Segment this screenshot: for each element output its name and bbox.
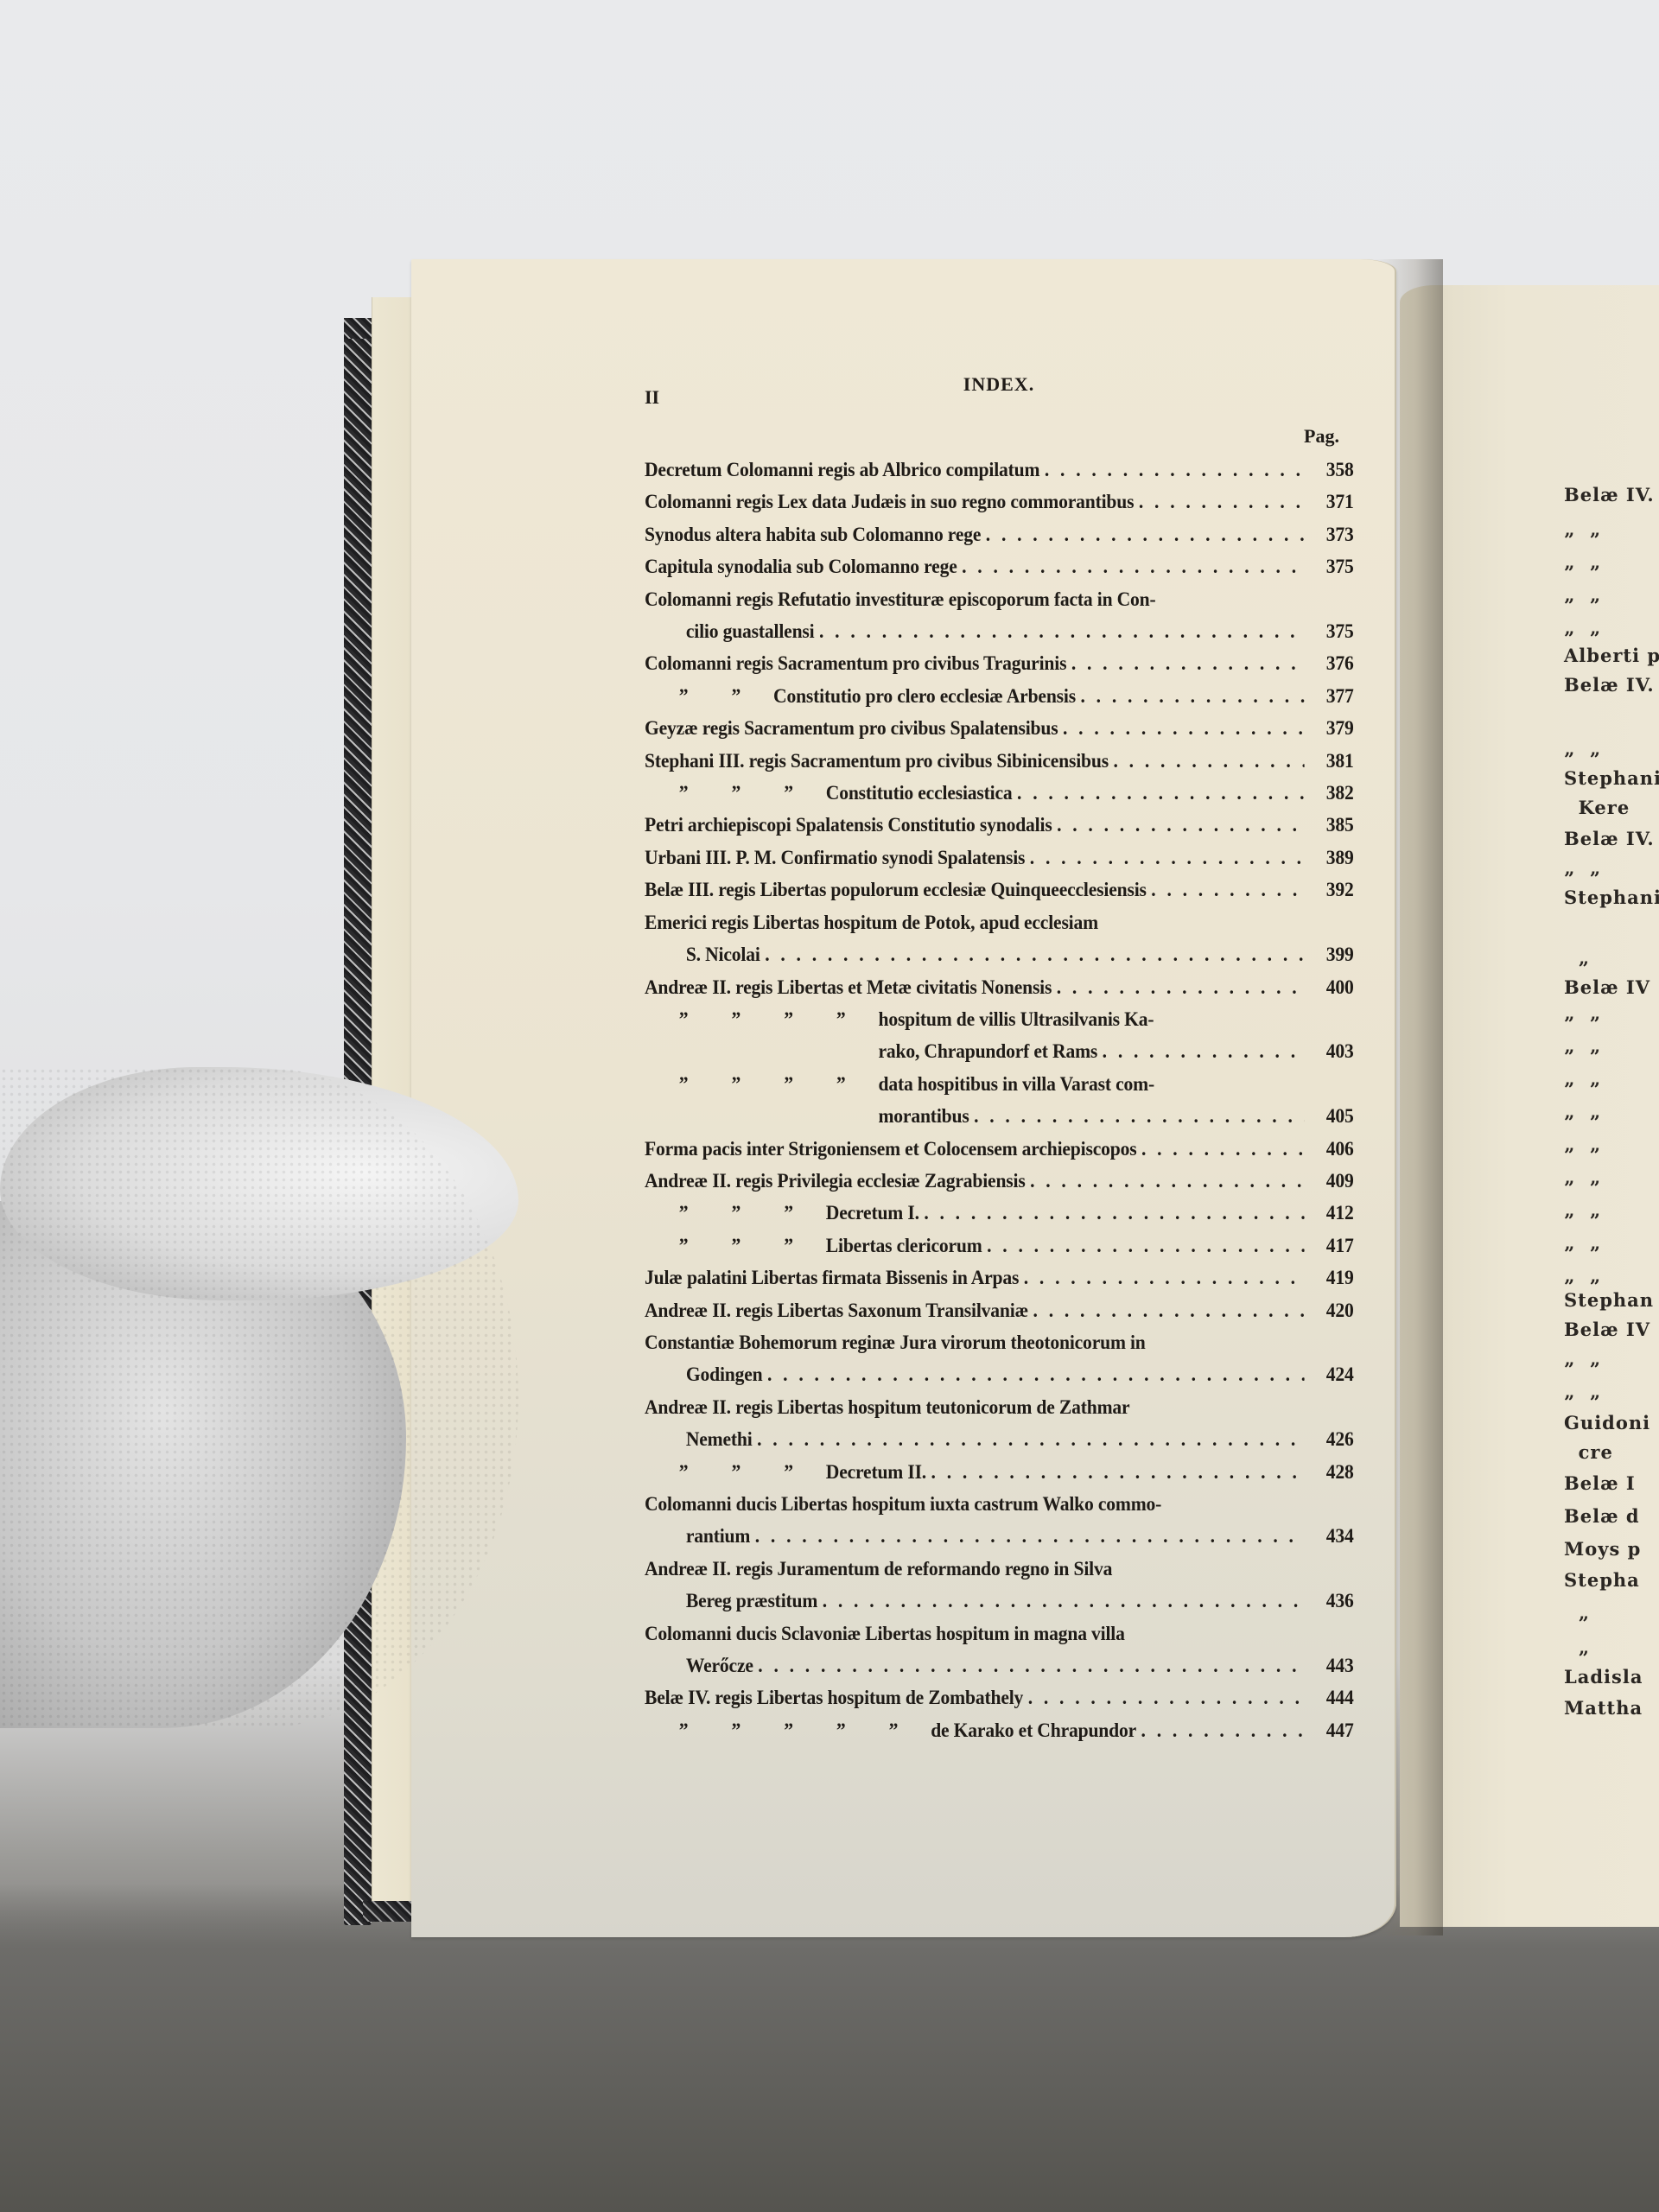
- entry-line: ””Constitutio pro clero ecclesiæ Arbensi…: [645, 681, 1354, 713]
- index-entry: Emerici regis Libertas hospitum de Potok…: [645, 907, 1354, 972]
- ditto-mark: ”: [658, 681, 710, 713]
- entry-page-number: 406: [1305, 1134, 1354, 1166]
- entry-title: Forma pacis inter Strigoniensem et Coloc…: [645, 1134, 1136, 1166]
- right-page-fragment: ” ”: [1564, 1210, 1601, 1231]
- entry-line: Belæ III. regis Libertas populorum eccle…: [645, 874, 1354, 906]
- ditto-mark: ”: [658, 1715, 710, 1747]
- entry-continuation-line: cilio guastallensi375: [645, 616, 1354, 648]
- entry-page-number: 444: [1305, 1682, 1354, 1714]
- ditto-mark: ”: [762, 1457, 815, 1489]
- index-entry: ””””hospitum de villis Ultrasilvanis Ka-…: [645, 1004, 1354, 1069]
- entry-line: Synodus altera habita sub Colomanno rege…: [645, 519, 1354, 551]
- entry-page-number: 426: [1305, 1424, 1354, 1456]
- ditto-mark: ”: [709, 1069, 762, 1101]
- dot-leader: [1028, 1295, 1305, 1327]
- entry-line: Andreæ II. regis Juramentum de reformand…: [645, 1554, 1354, 1586]
- entry-line: Colomanni regis Sacramentum pro civibus …: [645, 648, 1354, 680]
- dot-leader: [1109, 746, 1305, 778]
- index-entry: ”””Decretum I.412: [645, 1198, 1354, 1230]
- dot-leader: [1052, 972, 1304, 1004]
- ditto-marks: ”””””: [645, 1715, 919, 1747]
- ditto-mark: ”: [762, 1198, 815, 1230]
- entry-page-number: 420: [1305, 1295, 1354, 1327]
- right-page-fragment: Ladisla: [1564, 1666, 1643, 1688]
- right-page-fragment: ” ”: [1564, 1177, 1601, 1198]
- index-entry: Forma pacis inter Strigoniensem et Coloc…: [645, 1134, 1354, 1166]
- entry-continuation-line: Bereg præstitum436: [645, 1586, 1354, 1618]
- dot-leader: [753, 1650, 1305, 1682]
- entry-page-number: 428: [1305, 1457, 1354, 1489]
- entry-title: Decretum Colomanni regis ab Albrico comp…: [645, 454, 1039, 486]
- right-page-fragment: Stephani: [1564, 767, 1659, 789]
- entry-line: Emerici regis Libertas hospitum de Potok…: [645, 907, 1354, 939]
- entry-page-number: 419: [1305, 1262, 1354, 1294]
- dot-leader: [814, 616, 1304, 648]
- right-page-fragment: ” ”: [1564, 1358, 1601, 1380]
- ditto-mark: ”: [709, 1230, 762, 1262]
- dot-leader: [1013, 778, 1305, 810]
- ditto-mark: ”: [709, 1004, 762, 1036]
- entry-title: Constitutio ecclesiastica: [826, 778, 1013, 810]
- index-entry: Colomanni regis Refutatio investituræ ep…: [645, 584, 1354, 649]
- glove-texture: [0, 1067, 518, 1728]
- ditto-mark: ”: [709, 1457, 762, 1489]
- entry-title: Constantiæ Bohemorum reginæ Jura virorum…: [645, 1327, 1146, 1359]
- entry-title: cilio guastallensi: [686, 616, 815, 648]
- entry-page-number: 424: [1305, 1359, 1354, 1391]
- ditto-mark: ”: [762, 1715, 815, 1747]
- dot-leader: [1097, 1036, 1304, 1068]
- dot-leader: [817, 1586, 1304, 1618]
- entry-line: Geyzæ regis Sacramentum pro civibus Spal…: [645, 713, 1354, 745]
- right-page-fragment: Stepha: [1564, 1569, 1640, 1591]
- ditto-mark: ”: [815, 1069, 868, 1101]
- entry-title: Urbani III. P. M. Confirmatio synodi Spa…: [645, 842, 1025, 874]
- right-page-fragment: ” ”: [1564, 1046, 1601, 1067]
- dot-leader: [1023, 1682, 1304, 1714]
- entry-title: Werőcze: [686, 1650, 753, 1682]
- entry-title: Belæ IV. regis Libertas hospitum de Zomb…: [645, 1682, 1023, 1714]
- ditto-mark: ”: [868, 1715, 920, 1747]
- index-entry: Belæ III. regis Libertas populorum eccle…: [645, 874, 1354, 906]
- entry-title: Andreæ II. regis Libertas et Metæ civita…: [645, 972, 1052, 1004]
- entry-page-number: 382: [1305, 778, 1354, 810]
- entry-title: Andreæ II. regis Libertas Saxonum Transi…: [645, 1295, 1028, 1327]
- entry-line: Andreæ II. regis Libertas Saxonum Transi…: [645, 1295, 1354, 1327]
- entry-title: Stephani III. regis Sacramentum pro civi…: [645, 746, 1109, 778]
- entry-title: hospitum de villis Ultrasilvanis Ka-: [878, 1004, 1154, 1036]
- ditto-mark: ”: [762, 1230, 815, 1262]
- ditto-mark: ”: [709, 1715, 762, 1747]
- entry-line: Andreæ II. regis Libertas hospitum teuto…: [645, 1392, 1354, 1424]
- ditto-mark: ”: [762, 1004, 815, 1036]
- entry-page-number: 447: [1305, 1715, 1354, 1747]
- dot-leader: [762, 1359, 1304, 1391]
- entry-title: Colomanni regis Lex data Judæis in suo r…: [645, 486, 1134, 518]
- entry-title: Emerici regis Libertas hospitum de Potok…: [645, 907, 1098, 939]
- right-page-fragment: ”: [1564, 1612, 1590, 1634]
- entry-title: Julæ palatini Libertas firmata Bissenis …: [645, 1262, 1019, 1294]
- index-entry: Geyzæ regis Sacramentum pro civibus Spal…: [645, 713, 1354, 745]
- dot-leader: [1136, 1134, 1304, 1166]
- index-entries: Decretum Colomanni regis ab Albrico comp…: [645, 454, 1353, 1747]
- dot-leader: [969, 1101, 1305, 1133]
- right-page-fragment: Belæ I: [1564, 1472, 1636, 1494]
- right-page-fragment: Belæ d: [1564, 1505, 1640, 1527]
- ditto-mark: ”: [658, 1230, 710, 1262]
- right-page-fragment: Stephani: [1564, 887, 1659, 908]
- ditto-mark: ”: [658, 1069, 710, 1101]
- entry-page-number: 403: [1305, 1036, 1354, 1068]
- right-page-fragment: Alberti p: [1564, 645, 1659, 666]
- entry-page-number: 377: [1305, 681, 1354, 713]
- ditto-marks: ””””: [645, 1069, 868, 1101]
- right-page-fragment: ” ”: [1564, 529, 1601, 550]
- entry-line: ”””Decretum I.412: [645, 1198, 1354, 1230]
- dot-leader: [982, 1230, 1305, 1262]
- entry-line: Forma pacis inter Strigoniensem et Coloc…: [645, 1134, 1354, 1166]
- index-entry: Urbani III. P. M. Confirmatio synodi Spa…: [645, 842, 1354, 874]
- dot-leader: [1026, 1166, 1305, 1198]
- right-page-fragment: Moys p: [1564, 1538, 1641, 1560]
- right-page-fragment: Kere: [1564, 797, 1630, 818]
- entry-line: Colomanni ducis Libertas hospitum iuxta …: [645, 1489, 1354, 1521]
- book-cover-bottom-edge: [363, 1901, 418, 1922]
- entry-page-number: 385: [1305, 810, 1354, 842]
- right-page-fragment: Stephan: [1564, 1289, 1654, 1311]
- ditto-mark: ”: [762, 778, 815, 810]
- entry-title: Synodus altera habita sub Colomanno rege: [645, 519, 981, 551]
- right-page-fragment: Belæ IV.: [1564, 674, 1655, 696]
- entry-page-number: 381: [1305, 746, 1354, 778]
- entry-page-number: 389: [1305, 842, 1354, 874]
- ditto-marks: ””””: [645, 1004, 868, 1036]
- index-entry: Capitula synodalia sub Colomanno rege375: [645, 551, 1354, 583]
- right-page-fragment: Guidoni: [1564, 1412, 1650, 1433]
- dot-leader: [1136, 1715, 1305, 1747]
- entry-title: data hospitibus in villa Varast com-: [878, 1069, 1154, 1101]
- index-entry: Julæ palatini Libertas firmata Bissenis …: [645, 1262, 1354, 1294]
- entry-page-number: 412: [1305, 1198, 1354, 1230]
- entry-line: Decretum Colomanni regis ab Albrico comp…: [645, 454, 1354, 486]
- index-entry: ”””Constitutio ecclesiastica382: [645, 778, 1354, 810]
- entry-line: Colomanni regis Lex data Judæis in suo r…: [645, 486, 1354, 518]
- index-entry: Colomanni regis Sacramentum pro civibus …: [645, 648, 1354, 680]
- right-page-fragment: cre: [1564, 1441, 1613, 1463]
- right-page-fragment: ” ”: [1564, 1391, 1601, 1413]
- entry-title: Capitula synodalia sub Colomanno rege: [645, 551, 957, 583]
- right-page-fragment: Belæ IV: [1564, 976, 1650, 998]
- dot-leader: [981, 519, 1304, 551]
- dot-leader: [957, 551, 1305, 583]
- ditto-mark: ”: [709, 778, 762, 810]
- entry-page-number: 434: [1305, 1521, 1354, 1553]
- index-entry: Andreæ II. regis Libertas et Metæ civita…: [645, 972, 1354, 1004]
- index-entry: Synodus altera habita sub Colomanno rege…: [645, 519, 1354, 551]
- entry-title: Petri archiepiscopi Spalatensis Constitu…: [645, 810, 1052, 842]
- entry-page-number: 375: [1305, 616, 1354, 648]
- index-entry: Petri archiepiscopi Spalatensis Constitu…: [645, 810, 1354, 842]
- right-page-fragment: Belæ IV.: [1564, 828, 1655, 849]
- entry-page-number: 373: [1305, 519, 1354, 551]
- right-page-fragment: Belæ IV: [1564, 1319, 1650, 1340]
- dot-leader: [1025, 842, 1304, 874]
- entry-line: ”””Constitutio ecclesiastica382: [645, 778, 1354, 810]
- entry-page-number: 379: [1305, 713, 1354, 745]
- entry-line: ””””hospitum de villis Ultrasilvanis Ka-: [645, 1004, 1354, 1036]
- entry-line: Colomanni regis Refutatio investituræ ep…: [645, 584, 1354, 616]
- dot-leader: [1147, 874, 1305, 906]
- index-entry: ”””Libertas clericorum417: [645, 1230, 1354, 1262]
- entry-title: Colomanni ducis Libertas hospitum iuxta …: [645, 1489, 1161, 1521]
- dot-leader: [926, 1457, 1305, 1489]
- entry-line: Stephani III. regis Sacramentum pro civi…: [645, 746, 1354, 778]
- index-entry: ””Constitutio pro clero ecclesiæ Arbensi…: [645, 681, 1354, 713]
- index-entry: Stephani III. regis Sacramentum pro civi…: [645, 746, 1354, 778]
- page-column-label: Pag.: [1304, 425, 1339, 448]
- ditto-marks: ”””: [645, 778, 815, 810]
- entry-line: Petri archiepiscopi Spalatensis Constitu…: [645, 810, 1354, 842]
- entry-line: Andreæ II. regis Libertas et Metæ civita…: [645, 972, 1354, 1004]
- entry-title: Libertas clericorum: [826, 1230, 982, 1262]
- dot-leader: [760, 939, 1305, 971]
- entry-page-number: 436: [1305, 1586, 1354, 1618]
- entry-title: Belæ III. regis Libertas populorum eccle…: [645, 874, 1147, 906]
- right-page-fragment: ” ”: [1564, 1078, 1601, 1100]
- entry-continuation-line: Godingen424: [645, 1359, 1354, 1391]
- entry-continuation-line: Nemethi426: [645, 1424, 1354, 1456]
- index-entry: ””””data hospitibus in villa Varast com-…: [645, 1069, 1354, 1134]
- index-entry: ”””Decretum II.428: [645, 1457, 1354, 1489]
- right-page-fragment: ” ”: [1564, 562, 1601, 583]
- ditto-mark: ”: [709, 1198, 762, 1230]
- right-page-fragment: ” ”: [1564, 1243, 1601, 1264]
- dot-leader: [1039, 454, 1304, 486]
- entry-line: Colomanni ducis Sclavoniæ Libertas hospi…: [645, 1618, 1354, 1650]
- ditto-marks: ”””: [645, 1198, 815, 1230]
- entry-title: Andreæ II. regis Privilegia ecclesiæ Zag…: [645, 1166, 1026, 1198]
- index-entry: Andreæ II. regis Libertas Saxonum Transi…: [645, 1295, 1354, 1327]
- entry-title: Colomanni regis Sacramentum pro civibus …: [645, 648, 1066, 680]
- index-entry: ”””””de Karako et Chrapundor447: [645, 1715, 1354, 1747]
- ditto-mark: ”: [815, 1004, 868, 1036]
- dot-leader: [1134, 486, 1304, 518]
- dot-leader: [1076, 681, 1305, 713]
- entry-page-number: 358: [1305, 454, 1354, 486]
- entry-page-number: 409: [1305, 1166, 1354, 1198]
- ditto-mark: ”: [709, 681, 762, 713]
- entry-title: Decretum II.: [826, 1457, 926, 1489]
- entry-page-number: 417: [1305, 1230, 1354, 1262]
- entry-title: de Karako et Chrapundor: [931, 1715, 1136, 1747]
- dot-leader: [1066, 648, 1304, 680]
- entry-continuation-line: rako, Chrapundorf et Rams403: [645, 1036, 1354, 1068]
- entry-title: Colomanni ducis Sclavoniæ Libertas hospi…: [645, 1618, 1125, 1650]
- dot-leader: [753, 1424, 1305, 1456]
- entry-title: Bereg præstitum: [686, 1586, 817, 1618]
- dot-leader: [1052, 810, 1305, 842]
- index-entry: Belæ IV. regis Libertas hospitum de Zomb…: [645, 1682, 1354, 1714]
- entry-title: Decretum I.: [826, 1198, 919, 1230]
- entry-line: Andreæ II. regis Privilegia ecclesiæ Zag…: [645, 1166, 1354, 1198]
- index-entry: Constantiæ Bohemorum reginæ Jura virorum…: [645, 1327, 1354, 1392]
- index-entry: Andreæ II. regis Privilegia ecclesiæ Zag…: [645, 1166, 1354, 1198]
- ditto-mark: ”: [658, 1457, 710, 1489]
- entry-page-number: 400: [1305, 972, 1354, 1004]
- entry-line: Urbani III. P. M. Confirmatio synodi Spa…: [645, 842, 1354, 874]
- dot-leader: [919, 1198, 1305, 1230]
- entry-line: Julæ palatini Libertas firmata Bissenis …: [645, 1262, 1354, 1294]
- entry-continuation-line: S. Nicolai399: [645, 939, 1354, 971]
- entry-title: rako, Chrapundorf et Rams: [878, 1036, 1097, 1068]
- entry-page-number: 399: [1305, 939, 1354, 971]
- ditto-marks: ””: [645, 681, 762, 713]
- entry-page-number: 376: [1305, 648, 1354, 680]
- entry-continuation-line: Werőcze443: [645, 1650, 1354, 1682]
- right-page-fragment: ” ”: [1564, 1013, 1601, 1034]
- entry-line: Belæ IV. regis Libertas hospitum de Zomb…: [645, 1682, 1354, 1714]
- entry-title: Colomanni regis Refutatio investituræ ep…: [645, 584, 1156, 616]
- right-page-fragment: ” ”: [1564, 1144, 1601, 1166]
- index-entry: Colomanni ducis Libertas hospitum iuxta …: [645, 1489, 1354, 1554]
- entry-continuation-line: rantium434: [645, 1521, 1354, 1553]
- entry-title: morantibus: [878, 1101, 969, 1133]
- entry-line: Capitula synodalia sub Colomanno rege375: [645, 551, 1354, 583]
- entry-title: Nemethi: [686, 1424, 753, 1456]
- dot-leader: [750, 1521, 1304, 1553]
- index-entry: Andreæ II. regis Juramentum de reformand…: [645, 1554, 1354, 1618]
- entry-line: ”””””de Karako et Chrapundor447: [645, 1715, 1354, 1747]
- entry-line: ”””Decretum II.428: [645, 1457, 1354, 1489]
- entry-page-number: 392: [1305, 874, 1354, 906]
- ditto-mark: ”: [658, 1004, 710, 1036]
- ditto-mark: ”: [815, 1715, 868, 1747]
- entry-page-number: 405: [1305, 1101, 1354, 1133]
- entry-title: Godingen: [686, 1359, 763, 1391]
- dot-leader: [1019, 1262, 1304, 1294]
- entry-title: Andreæ II. regis Libertas hospitum teuto…: [645, 1392, 1129, 1424]
- index-entry: Colomanni regis Lex data Judæis in suo r…: [645, 486, 1354, 518]
- right-page-fragment: Mattha: [1564, 1697, 1643, 1719]
- ditto-marks: ”””: [645, 1457, 815, 1489]
- ditto-mark: ”: [658, 1198, 710, 1230]
- right-page-fragment: ” ”: [1564, 594, 1601, 616]
- page-title: INDEX.: [645, 373, 1353, 396]
- entry-title: Andreæ II. regis Juramentum de reformand…: [645, 1554, 1112, 1586]
- entry-line: ””””data hospitibus in villa Varast com-: [645, 1069, 1354, 1101]
- index-entry: Decretum Colomanni regis ab Albrico comp…: [645, 454, 1354, 486]
- entry-title: rantium: [686, 1521, 750, 1553]
- entry-title: Geyzæ regis Sacramentum pro civibus Spal…: [645, 713, 1058, 745]
- entry-line: Constantiæ Bohemorum reginæ Jura virorum…: [645, 1327, 1354, 1359]
- dot-leader: [1058, 713, 1304, 745]
- entry-page-number: 371: [1305, 486, 1354, 518]
- entry-line: ”””Libertas clericorum417: [645, 1230, 1354, 1262]
- right-page-fragment: Belæ IV.: [1564, 484, 1655, 505]
- ditto-mark: ”: [762, 1069, 815, 1101]
- index-entry: Andreæ II. regis Libertas hospitum teuto…: [645, 1392, 1354, 1457]
- index-entry: Colomanni ducis Sclavoniæ Libertas hospi…: [645, 1618, 1354, 1683]
- entry-title: S. Nicolai: [686, 939, 760, 971]
- ditto-marks: ”””: [645, 1230, 815, 1262]
- entry-continuation-line: morantibus405: [645, 1101, 1354, 1133]
- right-page-fragment: ” ”: [1564, 1111, 1601, 1133]
- ditto-mark: ”: [658, 778, 710, 810]
- entry-page-number: 443: [1305, 1650, 1354, 1682]
- entry-page-number: 375: [1305, 551, 1354, 583]
- entry-title: Constitutio pro clero ecclesiæ Arbensis: [773, 681, 1076, 713]
